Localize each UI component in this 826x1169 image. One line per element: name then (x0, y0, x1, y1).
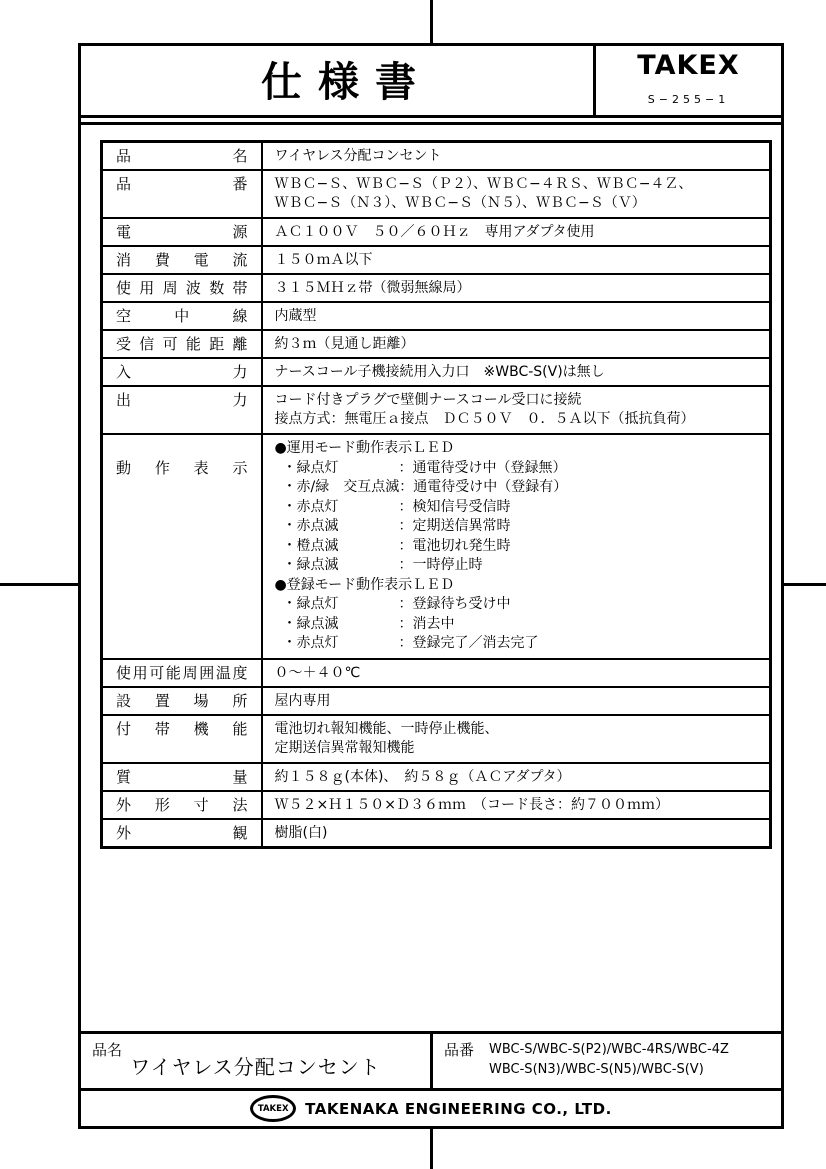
document-frame: 仕様書 TAKEX S−255−1 品名ワイヤレス分配コンセント品番ＷＢＣ−Ｓ、… (78, 43, 784, 1129)
crop-mark-left (0, 583, 78, 586)
spec-row-label: 外形寸法 (102, 791, 262, 819)
spec-row: 外形寸法Ｗ５２×Ｈ１５０×Ｄ３６ｍｍ （コード長さ：約７００ｍｍ） (102, 791, 771, 819)
label-char: 源 (232, 223, 247, 241)
led-status-line: ・緑点灯：通電待受け中（登録無） (275, 459, 762, 479)
label-char: 中 (174, 307, 189, 325)
led-status-name: ・緑点滅 (275, 615, 399, 635)
label-char: 周 (183, 664, 198, 682)
label-char: 受 (116, 335, 131, 353)
spec-row-label-text: 品番 (116, 175, 248, 193)
value-line: 樹脂(白) (275, 824, 762, 842)
label-char: 能 (186, 335, 201, 353)
led-status-line: ・赤点滅：定期送信異常時 (275, 517, 762, 537)
product-number-line: WBC-S(N3)/WBC-S(N5)/WBC-S(V) (489, 1060, 729, 1080)
spec-row-value: 屋内専用 (262, 687, 771, 715)
spec-row-label-text: 外観 (116, 824, 248, 842)
led-status-line: ・緑点滅：一時停止時 (275, 556, 762, 576)
spec-row-value: ＡＣ１００Ｖ ５０／６０Ｈｚ 専用アダプタ使用 (262, 218, 771, 246)
label-char: 流 (232, 251, 247, 269)
led-status-desc: ：電池切れ発生時 (399, 537, 511, 557)
label-char: 入 (116, 363, 131, 381)
value-line: ナースコール子機接続用入力口 ※WBC-S(V)は無し (275, 363, 762, 381)
label-char: 可 (149, 664, 164, 682)
label-char: 名 (232, 147, 247, 165)
value-line: 電池切れ報知機能、一時停止機能、 (275, 720, 762, 739)
spec-row: 付帯機能電池切れ報知機能、一時停止機能、定期送信異常報知機能 (102, 715, 771, 763)
label-char: 動 (116, 459, 131, 477)
spec-row-label-text: 電源 (116, 223, 248, 241)
body-area: 品名ワイヤレス分配コンセント品番ＷＢＣ−Ｓ、ＷＢＣ−Ｓ（Ｐ２）、ＷＢＣ−４ＲＳ、… (81, 125, 781, 1031)
led-status-desc: ：定期送信異常時 (399, 517, 511, 537)
spec-row-label-text: 外形寸法 (116, 796, 248, 814)
spec-row-label: 入力 (102, 358, 262, 386)
value-line: 約３ｍ（見通し距離） (275, 335, 762, 353)
label-char: 量 (232, 768, 247, 786)
header-band: 仕様書 TAKEX S−255−1 (81, 46, 781, 118)
value-line: 接点方式：無電圧ａ接点 ＤＣ５０Ｖ ０．５Ａ以下（抵抗負荷） (275, 410, 762, 429)
brand-logotype: TAKEX (596, 50, 781, 81)
spec-row-label: 品名 (102, 142, 262, 171)
led-status-desc: ：通電待受け中（登録無） (399, 459, 567, 479)
label-char: 度 (232, 664, 247, 682)
company-name: TAKENAKA ENGINEERING CO., LTD. (305, 1100, 612, 1118)
led-status-name: ・赤/緑 交互点滅 (275, 478, 400, 498)
label-char: 場 (194, 692, 209, 710)
label-char: 離 (232, 335, 247, 353)
spec-row-label: 外観 (102, 819, 262, 848)
crop-mark-top (430, 0, 433, 43)
spec-row: 設置場所屋内専用 (102, 687, 771, 715)
label-char: 数 (209, 279, 224, 297)
spec-row-label: 出力 (102, 386, 262, 434)
spec-row-label-text: 動作表示 (116, 459, 248, 477)
label-char: 信 (139, 335, 154, 353)
label-char: 寸 (194, 796, 209, 814)
spec-row-label-text: 空中線 (116, 307, 248, 325)
label-char: 空 (116, 307, 131, 325)
label-char: 能 (232, 720, 247, 738)
label-char: 使 (116, 279, 131, 297)
spec-row-label: 空中線 (102, 302, 262, 330)
spec-row-label-text: 受信可能距離 (116, 335, 248, 353)
label-char: 電 (116, 223, 131, 241)
label-char: 番 (232, 175, 247, 193)
label-char: 力 (232, 363, 247, 381)
led-status-desc: ：消去中 (399, 615, 455, 635)
spec-row-label: 質量 (102, 763, 262, 791)
led-status-line: ・赤点灯：登録完了／消去完了 (275, 634, 762, 654)
product-name-cell: 品名 ワイヤレス分配コンセント (81, 1034, 433, 1088)
spec-row-label-text: 入力 (116, 363, 248, 381)
label-char: 線 (232, 307, 247, 325)
label-char: 用 (139, 279, 154, 297)
crop-mark-bottom (430, 1129, 433, 1169)
label-char: 帯 (155, 720, 170, 738)
spec-row-label: 設置場所 (102, 687, 262, 715)
spec-row-value: ０～＋４０℃ (262, 659, 771, 687)
product-number-line: WBC-S/WBC-S(P2)/WBC-4RS/WBC-4Z (489, 1040, 729, 1060)
spec-row-label: 使用周波数帯 (102, 274, 262, 302)
led-status-name: ・赤点灯 (275, 634, 399, 654)
spec-row-label-text: 設置場所 (116, 692, 248, 710)
led-status-line: ・緑点滅：消去中 (275, 615, 762, 635)
product-number-cell: 品番 WBC-S/WBC-S(P2)/WBC-4RS/WBC-4ZWBC-S(N… (433, 1034, 781, 1088)
label-char: 使 (116, 664, 131, 682)
spec-table: 品名ワイヤレス分配コンセント品番ＷＢＣ−Ｓ、ＷＢＣ−Ｓ（Ｐ２）、ＷＢＣ−４ＲＳ、… (100, 140, 772, 849)
spec-row-value: Ｗ５２×Ｈ１５０×Ｄ３６ｍｍ （コード長さ：約７００ｍｍ） (262, 791, 771, 819)
page-title: 仕様書 (81, 54, 596, 110)
led-status-name: ・橙点滅 (275, 537, 399, 557)
spec-row-label-text: 質量 (116, 768, 248, 786)
spec-row-label: 電源 (102, 218, 262, 246)
spec-row-value: 約３ｍ（見通し距離） (262, 330, 771, 358)
led-status-desc: ：検知信号受信時 (399, 498, 511, 518)
spec-row-label: 消費電流 (102, 246, 262, 274)
label-char: 電 (194, 251, 209, 269)
label-char: 囲 (199, 664, 214, 682)
label-char: 外 (116, 796, 131, 814)
spec-row-label-text: 品名 (116, 147, 248, 165)
takex-oval-logo-text: TAKEX (258, 1104, 289, 1114)
spec-row-label: 受信可能距離 (102, 330, 262, 358)
spec-row-value: ＷＢＣ−Ｓ、ＷＢＣ−Ｓ（Ｐ２）、ＷＢＣ−４ＲＳ、ＷＢＣ−４Ｚ、ＷＢＣ−Ｓ（Ｎ３）… (262, 170, 771, 218)
spec-row-label: 品番 (102, 170, 262, 218)
label-char: 作 (155, 459, 170, 477)
led-status-desc: ：通電待受け中（登録有） (399, 478, 567, 498)
spec-row: 電源ＡＣ１００Ｖ ５０／６０Ｈｚ 専用アダプタ使用 (102, 218, 771, 246)
spec-row-label-text: 使用周波数帯 (116, 279, 248, 297)
title-block: 品名 ワイヤレス分配コンセント 品番 WBC-S/WBC-S(P2)/WBC-4… (81, 1031, 781, 1088)
spec-row-value: ３１５ＭＨｚ帯（微弱無線局） (262, 274, 771, 302)
led-status-desc: ：登録完了／消去完了 (399, 634, 539, 654)
label-char: 用 (133, 664, 148, 682)
spec-row-value: １５０ｍＡ以下 (262, 246, 771, 274)
value-line: ３１５ＭＨｚ帯（微弱無線局） (275, 279, 762, 297)
value-line: 屋内専用 (275, 692, 762, 710)
led-status-name: ・赤点滅 (275, 517, 399, 537)
spec-row-value: ナースコール子機接続用入力口 ※WBC-S(V)は無し (262, 358, 771, 386)
spec-row: 使用周波数帯３１５ＭＨｚ帯（微弱無線局） (102, 274, 771, 302)
value-line: １５０ｍＡ以下 (275, 251, 762, 269)
value-line: ワイヤレス分配コンセント (275, 147, 762, 165)
value-line: ＷＢＣ−Ｓ（Ｎ３）、ＷＢＣ−Ｓ（Ｎ５）、ＷＢＣ−Ｓ（Ｖ） (275, 194, 762, 213)
label-char: 帯 (232, 279, 247, 297)
label-char: 距 (209, 335, 224, 353)
spec-row-label: 使用可能周囲温度 (102, 659, 262, 687)
spec-row-value: 内蔵型 (262, 302, 771, 330)
label-char: 表 (194, 459, 209, 477)
value-line: ０～＋４０℃ (275, 664, 762, 682)
product-number-value: WBC-S/WBC-S(P2)/WBC-4RS/WBC-4ZWBC-S(N3)/… (489, 1040, 729, 1080)
label-char: 波 (186, 279, 201, 297)
value-line: コード付きプラグで壁側ナースコール受口に接続 (275, 391, 762, 410)
label-char: 示 (232, 459, 247, 477)
product-name-value: ワイヤレス分配コンセント (81, 1034, 430, 1080)
label-char: 機 (194, 720, 209, 738)
label-char: 形 (155, 796, 170, 814)
label-char: 品 (116, 147, 131, 165)
header-divider-gap (81, 118, 781, 125)
spec-row: 空中線内蔵型 (102, 302, 771, 330)
label-char: 観 (232, 824, 247, 842)
spec-row-label-text: 付帯機能 (116, 720, 248, 738)
spec-row: 外観樹脂(白) (102, 819, 771, 848)
spec-row-value: ワイヤレス分配コンセント (262, 142, 771, 171)
led-status-line: ・赤/緑 交互点滅：通電待受け中（登録有） (275, 478, 762, 498)
value-line: 内蔵型 (275, 307, 762, 325)
brand-box: TAKEX S−255−1 (593, 46, 781, 115)
label-char: 品 (116, 175, 131, 193)
spec-row-label-text: 使用可能周囲温度 (116, 664, 248, 682)
spec-row-value: 電池切れ報知機能、一時停止機能、定期送信異常報知機能 (262, 715, 771, 763)
label-char: 外 (116, 824, 131, 842)
led-section-header: ●登録モード動作表示ＬＥＤ (275, 576, 762, 596)
document-number: S−255−1 (596, 93, 781, 106)
label-char: 質 (116, 768, 131, 786)
spec-row: 品名ワイヤレス分配コンセント (102, 142, 771, 171)
label-char: 可 (163, 335, 178, 353)
led-status-name: ・緑点灯 (275, 595, 399, 615)
spec-row: 受信可能距離約３ｍ（見通し距離） (102, 330, 771, 358)
crop-mark-right (784, 583, 826, 586)
spec-row: 入力ナースコール子機接続用入力口 ※WBC-S(V)は無し (102, 358, 771, 386)
spec-row: 品番ＷＢＣ−Ｓ、ＷＢＣ−Ｓ（Ｐ２）、ＷＢＣ−４ＲＳ、ＷＢＣ−４Ｚ、ＷＢＣ−Ｓ（Ｎ… (102, 170, 771, 218)
spec-row-label-text: 消費電流 (116, 251, 248, 269)
label-char: 消 (116, 251, 131, 269)
led-status-line: ・緑点灯：登録待ち受け中 (275, 595, 762, 615)
led-status-name: ・赤点灯 (275, 498, 399, 518)
value-line: Ｗ５２×Ｈ１５０×Ｄ３６ｍｍ （コード長さ：約７００ｍｍ） (275, 796, 762, 814)
spec-row-label: 付帯機能 (102, 715, 262, 763)
spec-row-label-text: 出力 (116, 391, 248, 409)
label-char: 能 (166, 664, 181, 682)
spec-row-value: コード付きプラグで壁側ナースコール受口に接続接点方式：無電圧ａ接点 ＤＣ５０Ｖ … (262, 386, 771, 434)
label-char: 出 (116, 391, 131, 409)
spec-row-label: 動作表示 (102, 434, 262, 659)
label-char: 法 (232, 796, 247, 814)
label-char: 設 (116, 692, 131, 710)
led-status-desc: ：一時停止時 (399, 556, 483, 576)
label-char: 付 (116, 720, 131, 738)
label-char: 周 (163, 279, 178, 297)
spec-row: 使用可能周囲温度０～＋４０℃ (102, 659, 771, 687)
led-status-desc: ：登録待ち受け中 (399, 595, 511, 615)
spec-row: 出力コード付きプラグで壁側ナースコール受口に接続接点方式：無電圧ａ接点 ＤＣ５０… (102, 386, 771, 434)
value-line: 約１５８ｇ(本体)、 約５８ｇ（ＡＣアダプタ） (275, 768, 762, 786)
spec-row-value: 樹脂(白) (262, 819, 771, 848)
value-line: ＡＣ１００Ｖ ５０／６０Ｈｚ 専用アダプタ使用 (275, 223, 762, 241)
spec-row-value: ●運用モード動作表示ＬＥＤ・緑点灯：通電待受け中（登録無）・赤/緑 交互点滅：通… (262, 434, 771, 659)
led-section-header: ●運用モード動作表示ＬＥＤ (275, 439, 762, 459)
label-char: 所 (232, 692, 247, 710)
product-name-label: 品名 (92, 1039, 122, 1060)
spec-row: 質量約１５８ｇ(本体)、 約５８ｇ（ＡＣアダプタ） (102, 763, 771, 791)
spec-row: 動作表示●運用モード動作表示ＬＥＤ・緑点灯：通電待受け中（登録無）・赤/緑 交互… (102, 434, 771, 659)
led-status-name: ・緑点灯 (275, 459, 399, 479)
label-char: 力 (232, 391, 247, 409)
product-number-label: 品番 (444, 1039, 474, 1060)
footer-band: TAKEX TAKENAKA ENGINEERING CO., LTD. (81, 1088, 781, 1126)
value-line: ＷＢＣ−Ｓ、ＷＢＣ−Ｓ（Ｐ２）、ＷＢＣ−４ＲＳ、ＷＢＣ−４Ｚ、 (275, 175, 762, 194)
led-status-line: ・赤点灯：検知信号受信時 (275, 498, 762, 518)
led-status-line: ・橙点滅：電池切れ発生時 (275, 537, 762, 557)
label-char: 置 (155, 692, 170, 710)
label-char: 温 (216, 664, 231, 682)
value-line: 定期送信異常報知機能 (275, 739, 762, 758)
spec-sheet-page: 仕様書 TAKEX S−255−1 品名ワイヤレス分配コンセント品番ＷＢＣ−Ｓ、… (0, 0, 826, 1169)
led-status-name: ・緑点滅 (275, 556, 399, 576)
spec-row: 消費電流１５０ｍＡ以下 (102, 246, 771, 274)
spec-row-value: 約１５８ｇ(本体)、 約５８ｇ（ＡＣアダプタ） (262, 763, 771, 791)
label-char: 費 (155, 251, 170, 269)
takex-oval-logo-icon: TAKEX (250, 1095, 296, 1122)
